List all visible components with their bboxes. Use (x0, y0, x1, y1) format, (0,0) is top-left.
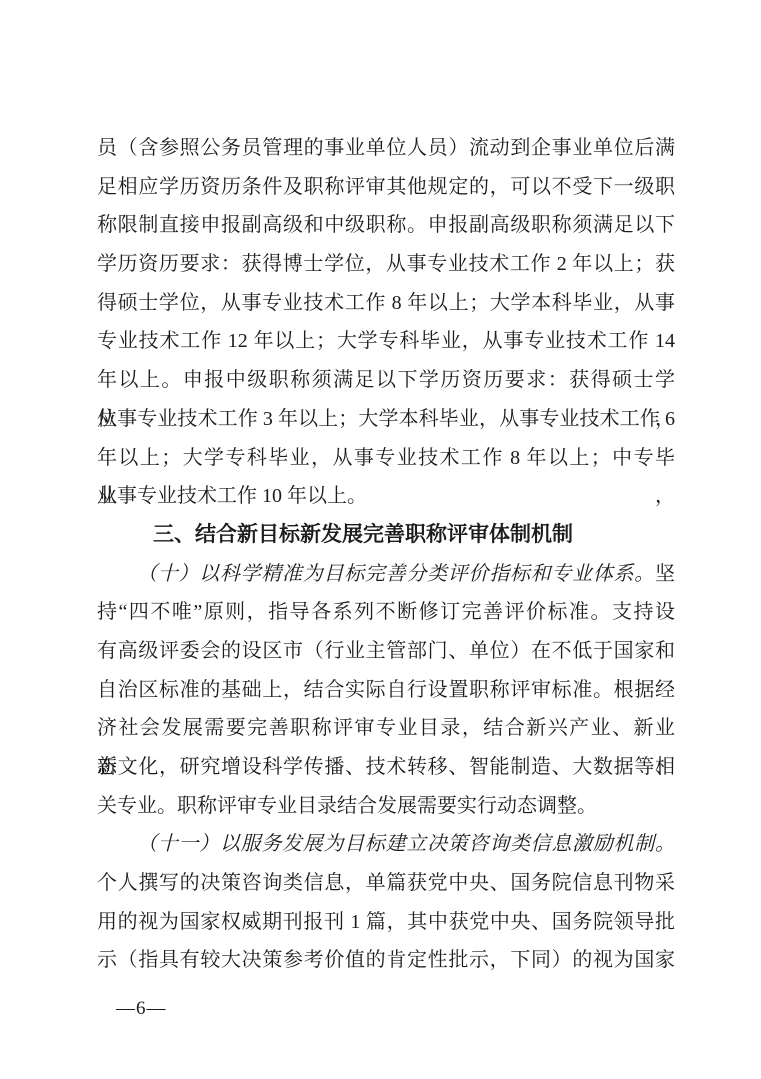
text-line: 新文化，研究增设科学传播、技术转移、智能制造、大数据等相 (97, 748, 675, 787)
text-line: 持“四不唯”原则，指导各系列不断修订完善评价标准。支持设 (97, 593, 675, 632)
document-body: 员（含参照公务员管理的事业单位人员）流动到企事业单位后满足相应学历资历条件及职称… (97, 129, 675, 980)
section-heading: 三、结合新目标新发展完善职称评审体制机制 (97, 516, 675, 555)
text-line: 济社会发展需要完善职称评审专业目录，结合新兴产业、新业态、 (97, 709, 675, 748)
text-segment: （十一）以服务发展为目标建立决策咨询类信息激励机制。 (137, 833, 675, 855)
text-line: 示（指具有较大决策参考价值的肯定性批示，下同）的视为国家 (97, 941, 675, 980)
text-segment: 从事专业技术工作 10 年以上。 (97, 485, 367, 507)
text-segment: 坚 (655, 563, 675, 585)
text-segment: （十）以科学精准为目标完善分类评价指标和专业体系。 (137, 563, 655, 585)
text-line: 员（含参照公务员管理的事业单位人员）流动到企事业单位后满 (97, 129, 675, 168)
text-segment: 持“四不唯”原则，指导各系列不断修订完善评价标准。支持设 (97, 601, 675, 623)
text-line: 年以上。申报中级职称须满足以下学历资历要求：获得硕士学位， (97, 361, 675, 400)
text-segment: 用的视为国家权威期刊报刊 1 篇，其中获党中央、国务院领导批 (97, 911, 675, 933)
text-segment: 足相应学历资历条件及职称评审其他规定的，可以不受下一级职 (97, 176, 675, 198)
text-segment: 专业技术工作 12 年以上；大学专科毕业，从事专业技术工作 14 (97, 330, 675, 352)
text-line: 称限制直接申报副高级和中级职称。申报副高级职称须满足以下 (97, 206, 675, 245)
text-line: 学历资历要求：获得博士学位，从事专业技术工作 2 年以上；获 (97, 245, 675, 284)
text-line: 得硕士学位，从事专业技术工作 8 年以上；大学本科毕业，从事 (97, 284, 675, 323)
text-line: 用的视为国家权威期刊报刊 1 篇，其中获党中央、国务院领导批 (97, 903, 675, 942)
text-line: 从事专业技术工作 3 年以上；大学本科毕业，从事专业技术工作 6 (97, 400, 675, 439)
text-segment: 三、结合新目标新发展完善职称评审体制机制 (153, 523, 573, 546)
text-segment: 自治区标准的基础上，结合实际自行设置职称评审标准。根据经 (97, 679, 675, 701)
text-line: 专业技术工作 12 年以上；大学专科毕业，从事专业技术工作 14 (97, 322, 675, 361)
text-segment: 新文化，研究增设科学传播、技术转移、智能制造、大数据等相 (97, 756, 675, 778)
text-line: （十）以科学精准为目标完善分类评价指标和专业体系。坚 (97, 555, 675, 594)
text-segment: 示（指具有较大决策参考价值的肯定性批示，下同）的视为国家 (97, 949, 675, 971)
text-segment: 有高级评委会的设区市（行业主管部门、单位）在不低于国家和 (97, 640, 675, 662)
text-segment: 个人撰写的决策咨询类信息，单篇获党中央、国务院信息刊物采 (97, 872, 675, 894)
text-segment: 得硕士学位，从事专业技术工作 8 年以上；大学本科毕业，从事 (97, 292, 675, 314)
text-segment: 关专业。职称评审专业目录结合发展需要实行动态调整。 (97, 795, 597, 817)
page-number: —6— (116, 997, 167, 1021)
text-line: 有高级评委会的设区市（行业主管部门、单位）在不低于国家和 (97, 632, 675, 671)
text-segment: 称限制直接申报副高级和中级职称。申报副高级职称须满足以下 (97, 214, 675, 236)
text-line: （十一）以服务发展为目标建立决策咨询类信息激励机制。 (97, 825, 675, 864)
text-line: 个人撰写的决策咨询类信息，单篇获党中央、国务院信息刊物采 (97, 864, 675, 903)
text-line: 年以上；大学专科毕业，从事专业技术工作 8 年以上；中专毕业， (97, 439, 675, 478)
text-segment: 员（含参照公务员管理的事业单位人员）流动到企事业单位后满 (97, 137, 675, 159)
text-segment: 从事专业技术工作 3 年以上；大学本科毕业，从事专业技术工作 6 (97, 408, 675, 430)
text-segment: 学历资历要求：获得博士学位，从事专业技术工作 2 年以上；获 (97, 253, 675, 275)
text-line: 足相应学历资历条件及职称评审其他规定的，可以不受下一级职 (97, 168, 675, 207)
text-line: 关专业。职称评审专业目录结合发展需要实行动态调整。 (97, 787, 675, 826)
document-page: 员（含参照公务员管理的事业单位人员）流动到企事业单位后满足相应学历资历条件及职称… (0, 0, 761, 1079)
text-line: 自治区标准的基础上，结合实际自行设置职称评审标准。根据经 (97, 671, 675, 710)
